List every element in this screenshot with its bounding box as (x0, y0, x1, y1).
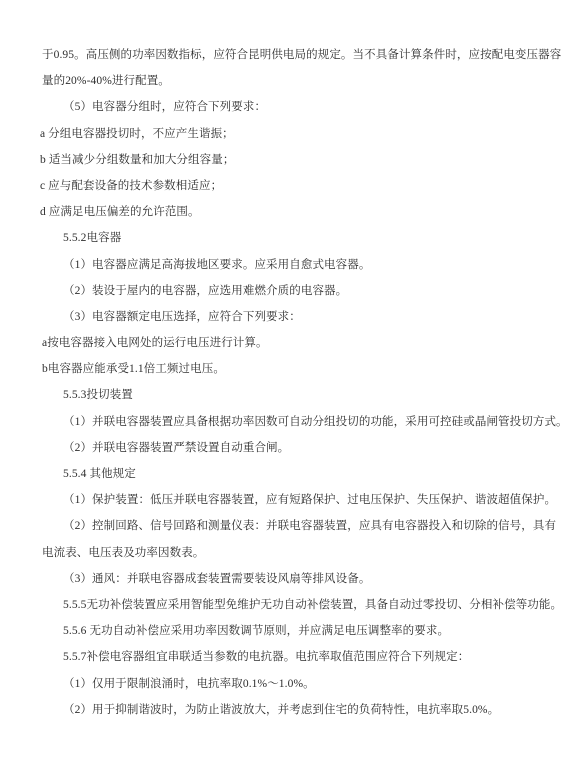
section-heading: 5.5.5无功补偿装置应采用智能型免维护无功自动补偿装置，具备自动过零投切、分相… (63, 592, 567, 618)
list-item-numbered: （2）控制回路、信号回路和测量仪表：并联电容器装置，应具有电容器投入和切除的信号… (63, 513, 567, 539)
list-item-numbered: （1）并联电容器装置应具备根据功率因数可自动分组投切的功能，采用可控硅或晶闸管投… (63, 409, 567, 435)
list-item-numbered: （3）电容器额定电压选择，应符合下列要求： (63, 304, 567, 330)
list-item-numbered: （1）电容器应满足高海拔地区要求。应采用自愈式电容器。 (63, 252, 567, 278)
paragraph-line: 电流表、电压表及功率因数表。 (42, 540, 567, 566)
section-heading: 5.5.6 无功自动补偿应采用功率因数调节原则，并应满足电压调整率的要求。 (63, 618, 567, 644)
list-item-numbered: （1）保护装置：低压并联电容器装置，应有短路保护、过电压保护、失压保护、谐波超值… (63, 487, 567, 513)
list-item-numbered: （5）电容器分组时，应符合下列要求： (63, 94, 567, 120)
document-page: 于0.95。高压侧的功率因数指标，应符合昆明供电局的规定。当不具备计算条件时，应… (0, 0, 587, 757)
list-item-numbered: （2）并联电容器装置严禁设置自动重合闸。 (63, 435, 567, 461)
section-heading: 5.5.2电容器 (63, 225, 567, 251)
list-item-numbered: （1）仅用于限制浪涌时，电抗率取0.1%～1.0%。 (63, 671, 567, 697)
list-item-lettered: b 适当减少分组数量和加大分组容量； (40, 147, 567, 173)
list-item-lettered: c 应与配套设备的技术参数相适应； (40, 173, 567, 199)
section-heading: 5.5.4 其他规定 (63, 461, 567, 487)
list-item-numbered: （2）用于抑制谐波时，为防止谐波放大，并考虑到住宅的负荷特性，电抗率取5.0%。 (63, 697, 567, 723)
list-item-numbered: （2）装设于屋内的电容器，应选用难燃介质的电容器。 (63, 278, 567, 304)
paragraph-line: 量的20%-40%进行配置。 (42, 68, 567, 94)
section-heading: 5.5.3投切装置 (63, 382, 567, 408)
section-heading: 5.5.7补偿电容器组宜串联适当参数的电抗器。电抗率取值范围应符合下列规定： (63, 644, 567, 670)
list-item-lettered: a 分组电容器投切时，不应产生谐振； (40, 121, 567, 147)
list-item-lettered: b电容器应能承受1.1倍工频过电压。 (42, 356, 567, 382)
list-item-numbered: （3）通风：并联电容器成套装置需要装设风扇等排风设备。 (63, 566, 567, 592)
paragraph-line: 于0.95。高压侧的功率因数指标，应符合昆明供电局的规定。当不具备计算条件时，应… (42, 42, 567, 68)
list-item-lettered: a按电容器接入电网处的运行电压进行计算。 (42, 330, 567, 356)
list-item-lettered: d 应满足电压偏差的允许范围。 (40, 199, 567, 225)
